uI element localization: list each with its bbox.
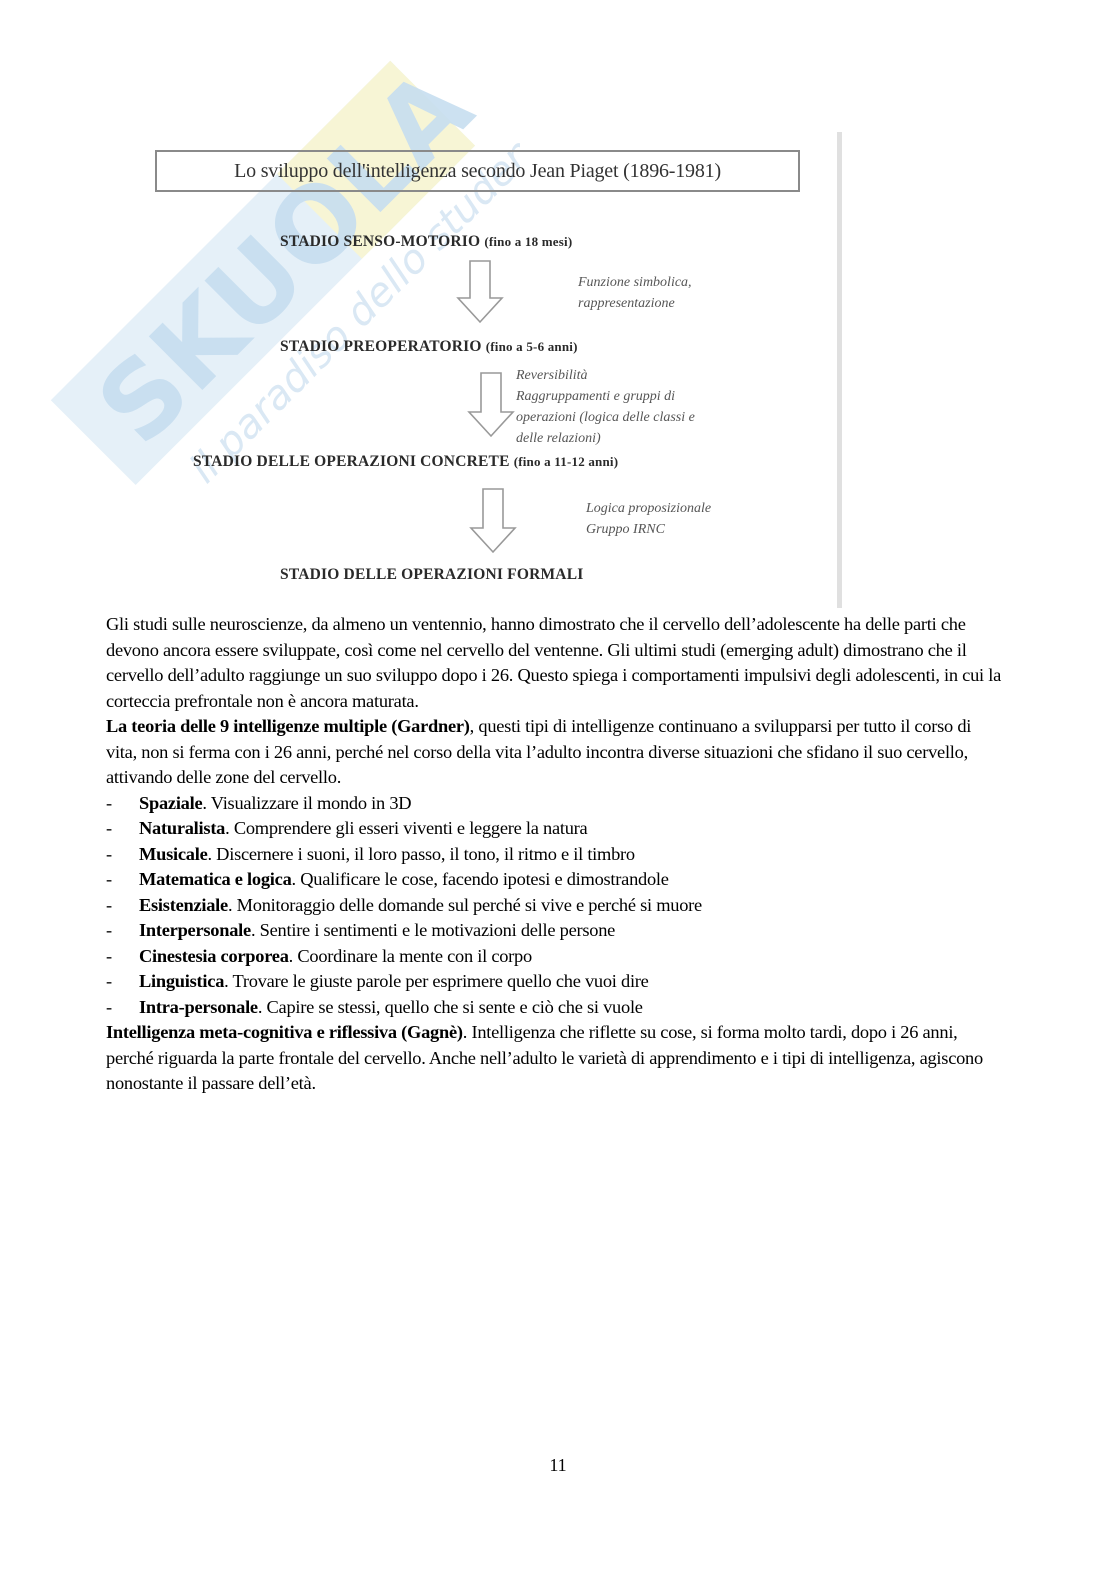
watermark-logo: SKUOLA il paradiso dello studente xyxy=(20,40,520,520)
intelligence-desc: . Trovare le giuste parole per esprimere… xyxy=(224,971,648,991)
stage-preoperatorio: STADIO PREOPERATORIO (fino a 5-6 anni) xyxy=(280,338,578,356)
intelligence-desc: . Coordinare la mente con il corpo xyxy=(289,946,532,966)
list-item: -Musicale. Discernere i suoni, il loro p… xyxy=(106,842,1006,868)
bullet-dash: - xyxy=(106,918,139,944)
stage-name: STADIO DELLE OPERAZIONI CONCRETE xyxy=(193,453,510,470)
intelligence-name: Spaziale xyxy=(139,793,202,813)
note-line: operazioni (logica delle classi e xyxy=(516,407,695,428)
intelligence-name: Esistenziale xyxy=(139,895,228,915)
list-item: -Spaziale. Visualizzare il mondo in 3D xyxy=(106,791,1006,817)
list-item: -Matematica e logica. Qualificare le cos… xyxy=(106,867,1006,893)
body-text: Gli studi sulle neuroscienze, da almeno … xyxy=(106,612,1006,1097)
stage-operazioni-concrete: STADIO DELLE OPERAZIONI CONCRETE (fino a… xyxy=(193,453,618,471)
intelligence-desc: . Qualificare le cose, facendo ipotesi e… xyxy=(292,869,669,889)
intelligence-desc: . Discernere i suoni, il loro passo, il … xyxy=(207,844,634,864)
bullet-dash: - xyxy=(106,969,139,995)
list-item: -Cinestesia corporea. Coordinare la ment… xyxy=(106,944,1006,970)
intelligence-name: Linguistica xyxy=(139,971,224,991)
note-line: Logica proposizionale xyxy=(586,498,711,519)
list-item: -Linguistica. Trovare le giuste parole p… xyxy=(106,969,1006,995)
stage-age: (fino a 5-6 anni) xyxy=(486,339,578,354)
note-line: Raggruppamenti e gruppi di xyxy=(516,386,695,407)
note-line: rappresentazione xyxy=(578,293,692,314)
stage-operazioni-formali: STADIO DELLE OPERAZIONI FORMALI xyxy=(280,566,583,584)
bullet-dash: - xyxy=(106,867,139,893)
down-arrow-icon xyxy=(455,260,505,324)
intelligence-name: Naturalista xyxy=(139,818,225,838)
bullet-dash: - xyxy=(106,944,139,970)
stage-age: (fino a 18 mesi) xyxy=(484,234,572,249)
paragraph-neuroscience: Gli studi sulle neuroscienze, da almeno … xyxy=(106,612,1006,714)
bullet-dash: - xyxy=(106,893,139,919)
note-line: Funzione simbolica, xyxy=(578,272,692,293)
list-item: -Naturalista. Comprendere gli esseri viv… xyxy=(106,816,1006,842)
bullet-dash: - xyxy=(106,791,139,817)
intelligence-name: Musicale xyxy=(139,844,207,864)
intelligence-desc: . Visualizzare il mondo in 3D xyxy=(202,793,411,813)
bullet-dash: - xyxy=(106,816,139,842)
figure-edge-bar xyxy=(837,132,842,608)
note-line: Gruppo IRNC xyxy=(586,519,711,540)
intelligence-name: Intra-personale xyxy=(139,997,258,1017)
down-arrow-icon xyxy=(466,372,516,438)
bullet-dash: - xyxy=(106,842,139,868)
intelligence-desc: . Sentire i sentimenti e le motivazioni … xyxy=(251,920,615,940)
list-item: -Esistenziale. Monitoraggio delle domand… xyxy=(106,893,1006,919)
stage-age: (fino a 11-12 anni) xyxy=(514,454,619,469)
note-line: delle relazioni) xyxy=(516,428,695,449)
transition-note-3: Logica proposizionale Gruppo IRNC xyxy=(586,498,711,540)
stage-name: STADIO DELLE OPERAZIONI FORMALI xyxy=(280,566,583,583)
stage-name: STADIO PREOPERATORIO xyxy=(280,338,482,355)
stage-senso-motorio: STADIO SENSO-MOTORIO (fino a 18 mesi) xyxy=(280,233,572,251)
gardner-heading: La teoria delle 9 intelligenze multiple … xyxy=(106,716,470,736)
intelligence-desc: . Capire se stessi, quello che si sente … xyxy=(258,997,643,1017)
stage-name: STADIO SENSO-MOTORIO xyxy=(280,233,480,250)
transition-note-1: Funzione simbolica, rappresentazione xyxy=(578,272,692,314)
intelligence-name: Matematica e logica xyxy=(139,869,292,889)
figure-title: Lo sviluppo dell'intelligenza secondo Je… xyxy=(155,150,800,192)
transition-note-2: Reversibilità Raggruppamenti e gruppi di… xyxy=(516,365,695,449)
paragraph-gardner: La teoria delle 9 intelligenze multiple … xyxy=(106,714,1006,791)
gagne-heading: Intelligenza meta-cognitiva e riflessiva… xyxy=(106,1022,463,1042)
page-number: 11 xyxy=(0,1455,1116,1476)
intelligence-name: Interpersonale xyxy=(139,920,251,940)
svg-text:SKUOLA: SKUOLA xyxy=(74,46,495,467)
paragraph-gagne: Intelligenza meta-cognitiva e riflessiva… xyxy=(106,1020,1006,1097)
intelligence-desc: . Monitoraggio delle domande sul perché … xyxy=(228,895,702,915)
list-item: -Intra-personale. Capire se stessi, quel… xyxy=(106,995,1006,1021)
intelligence-name: Cinestesia corporea xyxy=(139,946,289,966)
down-arrow-icon xyxy=(468,488,518,554)
list-item: -Interpersonale. Sentire i sentimenti e … xyxy=(106,918,1006,944)
note-line: Reversibilità xyxy=(516,365,695,386)
intelligence-desc: . Comprendere gli esseri viventi e legge… xyxy=(225,818,587,838)
bullet-dash: - xyxy=(106,995,139,1021)
